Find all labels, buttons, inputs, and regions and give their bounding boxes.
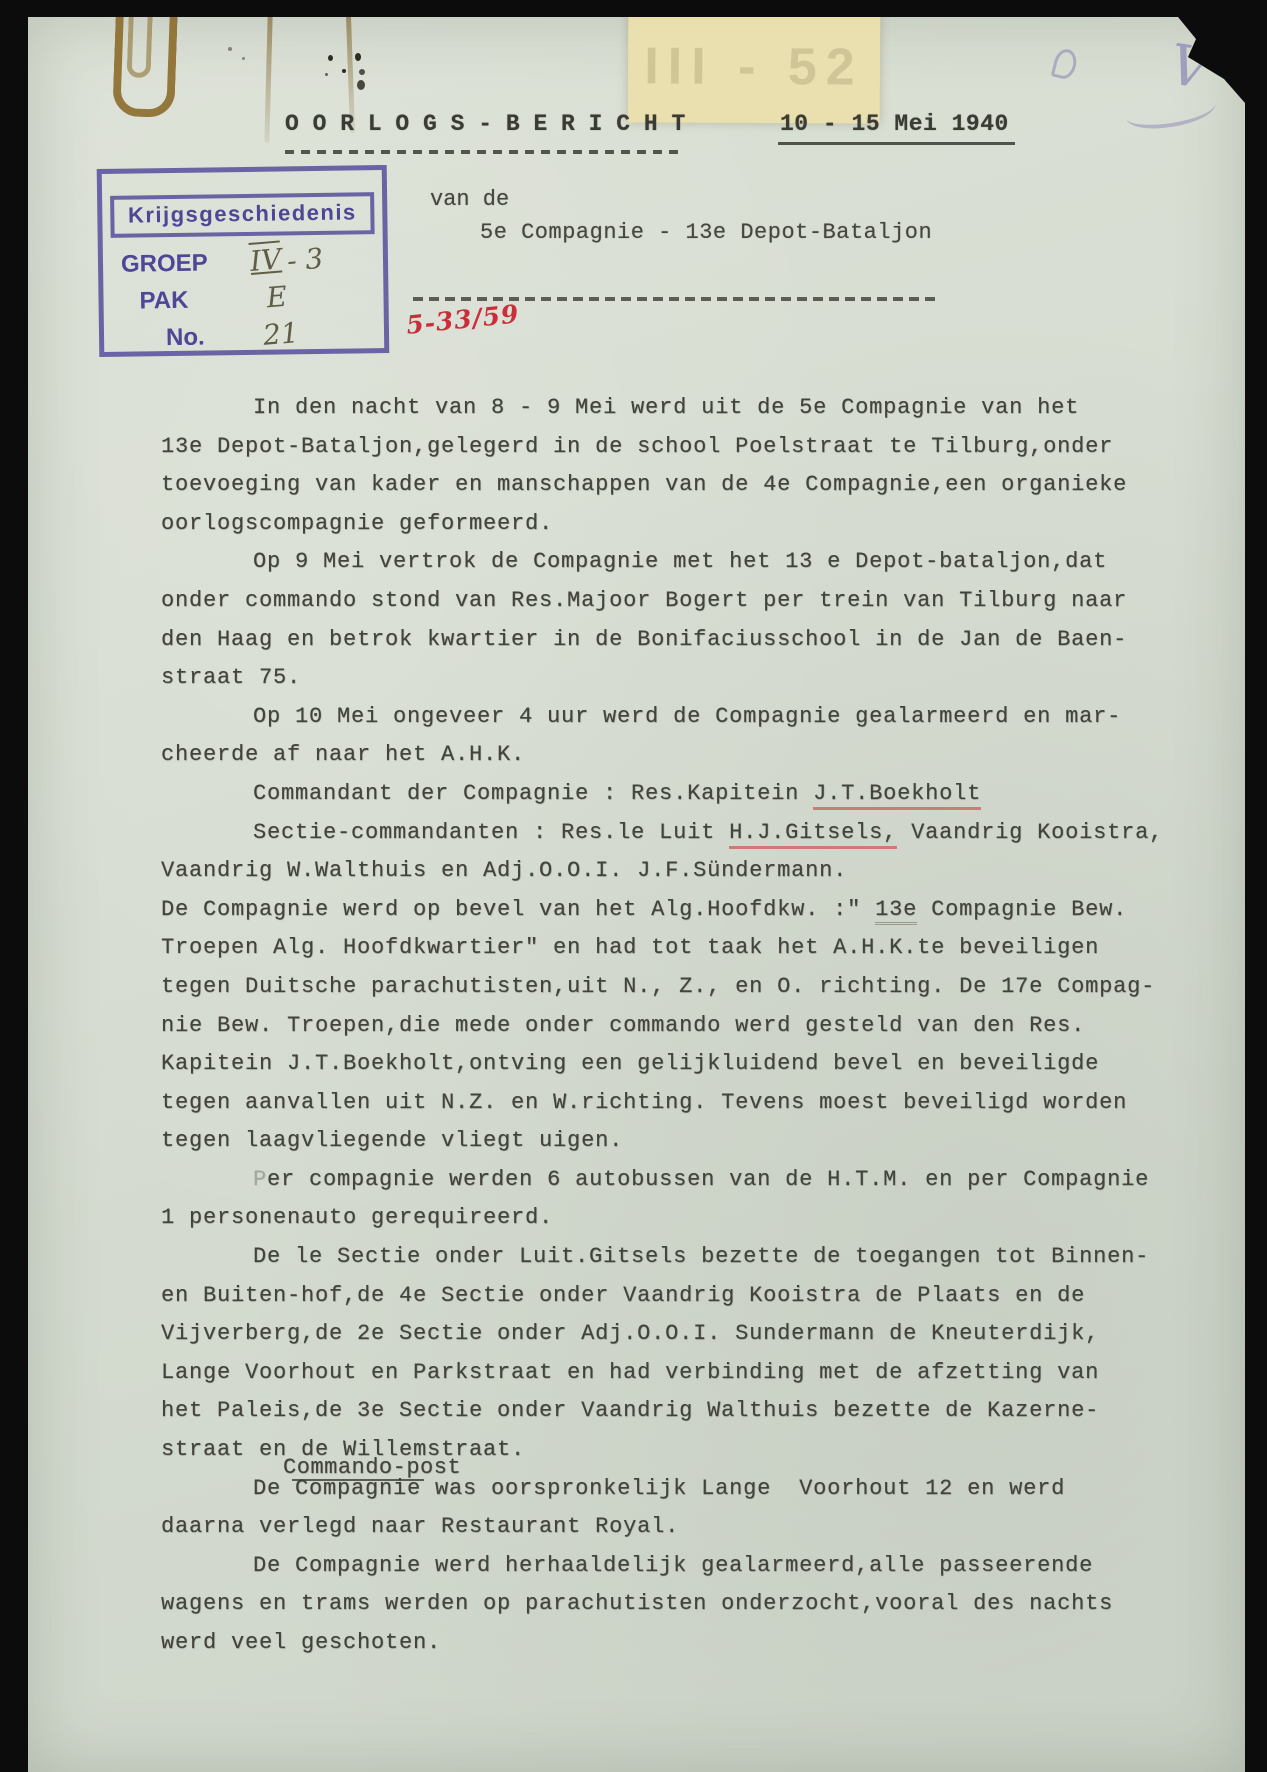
text-line: en Buiten-hof,de 4e Sectie onder Vaandri…: [161, 1283, 1201, 1322]
ink-spot: [359, 69, 365, 75]
body-text: In den nacht van 8 - 9 Mei werd uit de 5…: [161, 395, 1201, 1669]
red-reference-number: 5-33/59: [405, 299, 521, 340]
stamp-row-groep: GROEP IV- 3: [103, 242, 383, 279]
title-underline: [285, 150, 683, 154]
ink-spot: [357, 80, 365, 90]
text-line: In den nacht van 8 - 9 Mei werd uit de 5…: [161, 395, 1201, 434]
ink-spot: [228, 47, 232, 51]
ink-spot: [342, 69, 346, 73]
text-line: tegen Duitsche parachutisten,uit N., Z.,…: [161, 974, 1201, 1013]
ink-spot: [325, 73, 328, 76]
text-line: Troepen Alg. Hoofdkwartier" en had tot t…: [161, 935, 1201, 974]
text-line: werd veel geschoten.: [161, 1630, 1201, 1669]
text-line: wagens en trams werden op parachutisten …: [161, 1591, 1201, 1630]
marked-text: 13e: [875, 897, 917, 925]
stamp-row-no: No. 21: [104, 316, 384, 353]
stamp-label: PAK: [139, 287, 188, 316]
correction-overtext: Commando-post: [283, 1455, 461, 1480]
text-line: Sectie-commandanten : Res.le Luit H.J.Gi…: [161, 820, 1201, 859]
rust-stain: [264, 15, 272, 143]
text-line: Kapitein J.T.Boekholt,ontving een gelijk…: [161, 1051, 1201, 1090]
pencil-scribble: [1051, 47, 1080, 81]
text-line: het Paleis,de 3e Sectie onder Vaandrig W…: [161, 1398, 1201, 1437]
stamp-value: E: [265, 280, 288, 315]
text-line: De Compagnie werd herhaaldelijk gealarme…: [161, 1553, 1201, 1592]
text-line: Op 10 Mei ongeveer 4 uur werd de Compagn…: [161, 704, 1201, 743]
stamp-header: Krijgsgeschiedenis: [110, 192, 375, 238]
dashed-separator: [413, 297, 937, 301]
text-line: onder commando stond van Res.Majoor Boge…: [161, 588, 1201, 627]
stamp-label: No.: [166, 324, 205, 353]
ink-spot: [242, 57, 245, 60]
text-line: 13e Depot-Bataljon,gelegerd in de school…: [161, 434, 1201, 473]
document-title: O O R L O G S - B E R I C H T: [285, 111, 685, 137]
text-line: den Haag en betrok kwartier in de Bonifa…: [161, 627, 1201, 666]
text-line: tegen aanvallen uit N.Z. en W.richting. …: [161, 1090, 1201, 1129]
paper-sheet: III - 52 V O O R L O G S - B E R I C H T…: [28, 17, 1245, 1772]
tape-ghost-text: III - 52: [644, 36, 864, 97]
text-line: tegen laagvliegende vliegt uigen.: [161, 1128, 1201, 1167]
text-line: toevoeging van kader en manschappen van …: [161, 472, 1201, 511]
text-line: Per compagnie werden 6 autobussen van de…: [161, 1167, 1201, 1206]
ink-spot: [355, 53, 361, 61]
pencil-swoosh: [1124, 90, 1217, 133]
document-subtitle: 5e Compagnie - 13e Depot-Bataljon: [480, 220, 932, 245]
subtitle-prefix: van de: [430, 187, 509, 212]
text-line: 1 personenauto gerequireerd.: [161, 1205, 1201, 1244]
text-line: De Compagnie werd op bevel van het Alg.H…: [161, 897, 1201, 936]
text-line: Commandant der Compagnie : Res.Kapitein …: [161, 781, 1201, 820]
stamp-label: GROEP: [121, 249, 208, 278]
text-line: cheerde af naar het A.H.K.: [161, 742, 1201, 781]
text-line: nie Bew. Troepen,die mede onder commando…: [161, 1013, 1201, 1052]
ink-spot: [328, 55, 333, 61]
marked-text: P: [253, 1167, 267, 1192]
stamp-value: 21: [261, 316, 299, 352]
text-line: oorlogscompagnie geformeerd.: [161, 511, 1201, 550]
stamp-value: IV- 3: [249, 243, 323, 277]
text-line: Lange Voorhout en Parkstraat en had verb…: [161, 1360, 1201, 1399]
text-line: Vaandrig W.Walthuis en Adj.O.O.I. J.F.Sü…: [161, 858, 1201, 897]
text-line: De le Sectie onder Luit.Gitsels bezette …: [161, 1244, 1201, 1283]
text-line: Op 9 Mei vertrok de Compagnie met het 13…: [161, 549, 1201, 588]
marked-text: J.T.Boekholt: [813, 781, 981, 810]
text-line: daarna verlegd naar Restaurant Royal.: [161, 1514, 1201, 1553]
text-line: De Commando-postCompagnie was oorspronke…: [161, 1476, 1201, 1515]
marked-text: H.J.Gitsels,: [729, 820, 897, 849]
typed-correction: Commando-postCompagnie: [295, 1476, 421, 1501]
text-line: Vijverberg,de 2e Sectie onder Adj.O.O.I.…: [161, 1321, 1201, 1360]
tape-label: III - 52: [628, 10, 881, 123]
paperclip: [112, 10, 178, 118]
document-date: 10 - 15 Mei 1940: [778, 111, 1015, 145]
stamp-row-pak: PAK E: [103, 279, 383, 316]
archive-stamp: Krijgsgeschiedenis GROEP IV- 3 PAK E No.…: [97, 165, 390, 357]
text-line: straat 75.: [161, 665, 1201, 704]
scanned-document: { "document": { "title": "O O R L O G S …: [0, 0, 1267, 1772]
